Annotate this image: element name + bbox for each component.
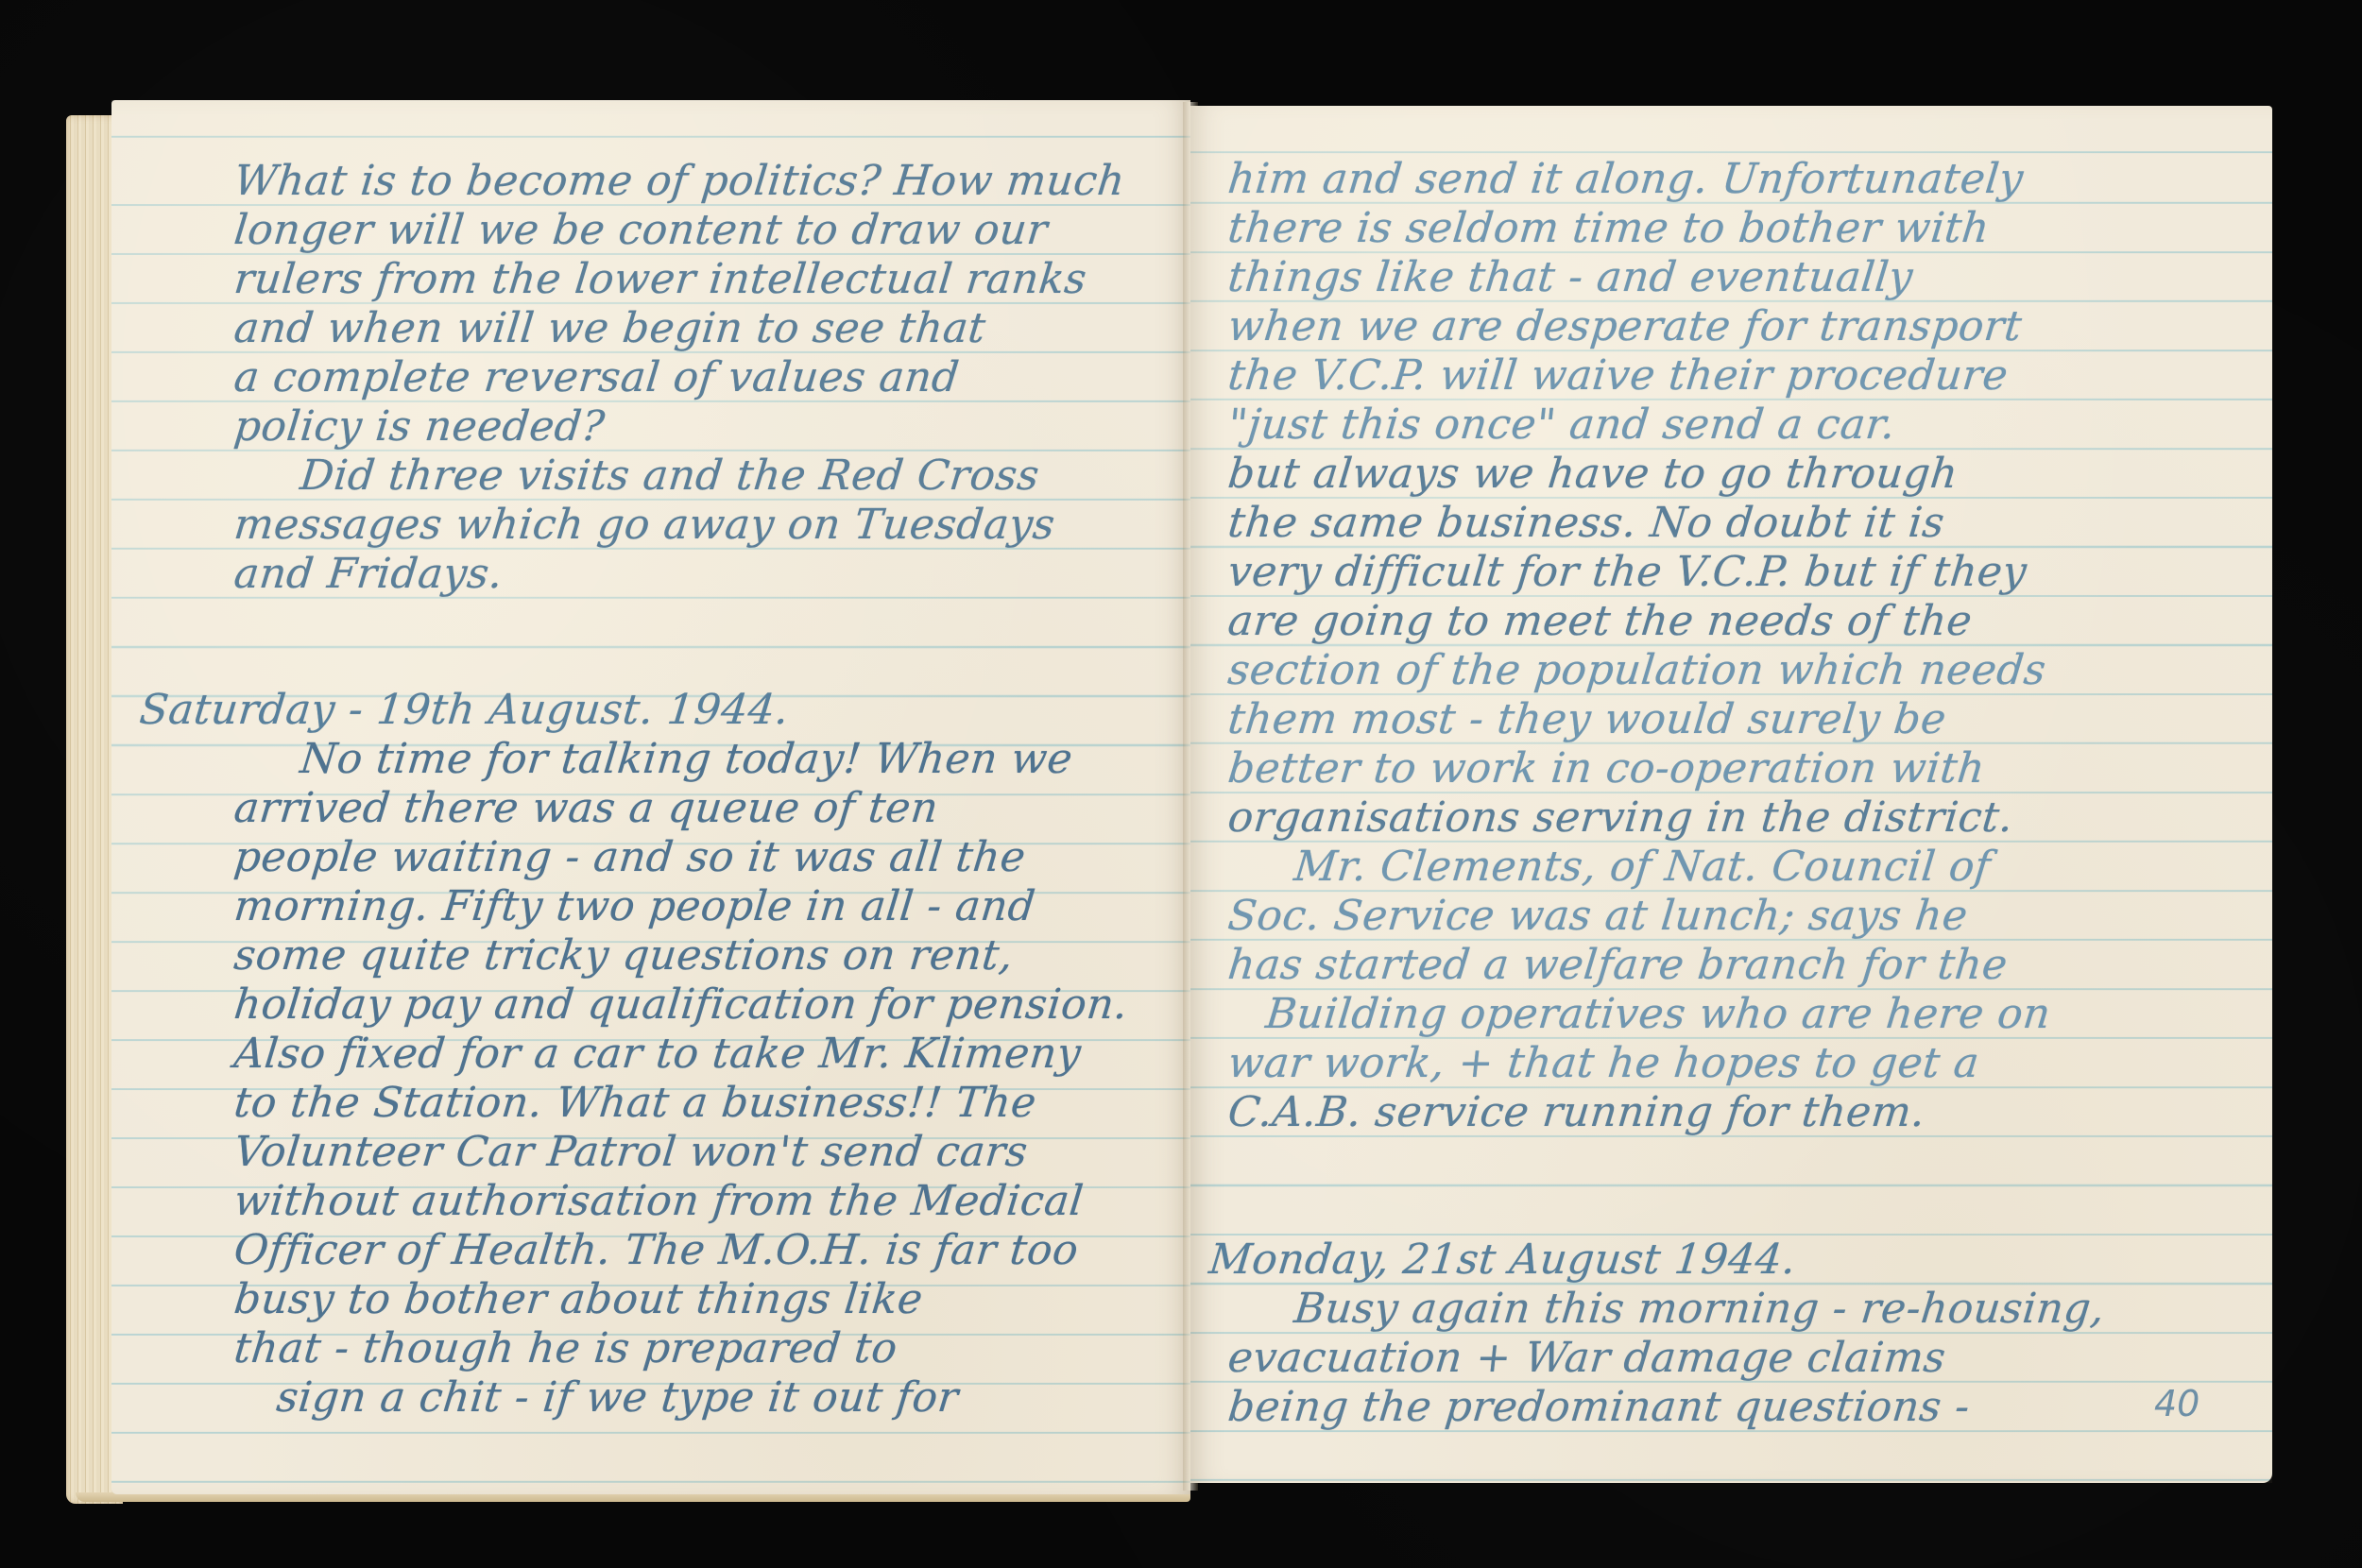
text-line: them most - they would surely be bbox=[1225, 695, 1948, 743]
text-line: C.A.B. service running for them. bbox=[1225, 1088, 1927, 1136]
open-notebook: What is to become of politics? How much … bbox=[0, 0, 2362, 1568]
text-line: Also fixed for a car to take Mr. Klimeny bbox=[231, 1030, 1084, 1078]
text-line: "just this once" and send a car. bbox=[1225, 401, 1897, 449]
text-line: rulers from the lower intellectual ranks bbox=[231, 255, 1088, 303]
text-line: a complete reversal of values and bbox=[231, 353, 961, 401]
text-line: Busy again this morning - re-housing, bbox=[1225, 1285, 2107, 1333]
text-line: Mr. Clements, of Nat. Council of bbox=[1225, 843, 1993, 891]
text-line: section of the population which needs bbox=[1225, 646, 2048, 694]
text-line: Did three visits and the Red Cross bbox=[231, 452, 1041, 500]
left-page: What is to become of politics? How much … bbox=[111, 100, 1190, 1494]
text-line: but always we have to go through bbox=[1225, 450, 1960, 498]
text-line: holiday pay and qualification for pensio… bbox=[231, 980, 1130, 1029]
text-line: morning. Fifty two people in all - and bbox=[231, 882, 1037, 930]
text-line: to the Station. What a business!! The bbox=[231, 1079, 1038, 1127]
page-number: 40 bbox=[2154, 1383, 2199, 1424]
text-line: Officer of Health. The M.O.H. is far too bbox=[231, 1226, 1081, 1274]
text-line: and when will we begin to see that bbox=[231, 304, 988, 352]
text-line: messages which go away on Tuesdays bbox=[231, 501, 1057, 549]
text-line: Soc. Service was at lunch; says he bbox=[1225, 892, 1970, 940]
text-line: Building operatives who are here on bbox=[1263, 990, 2053, 1038]
text-line: him and send it along. Unfortunately bbox=[1225, 155, 2026, 203]
text-line: policy is needed? bbox=[231, 402, 607, 451]
text-line: when we are desperate for transport bbox=[1225, 302, 2024, 350]
text-line: longer will we be content to draw our bbox=[231, 206, 1050, 254]
text-line: the V.C.P. will waive their procedure bbox=[1225, 351, 2011, 400]
entry-date: Saturday - 19th August. 1944. bbox=[137, 686, 791, 734]
text-line: there is seldom time to bother with bbox=[1225, 204, 1992, 252]
text-line: arrived there was a queue of ten bbox=[231, 784, 940, 832]
text-line: people waiting - and so it was all the bbox=[231, 833, 1028, 881]
text-line: What is to become of politics? How much bbox=[231, 157, 1127, 205]
text-line: some quite tricky questions on rent, bbox=[231, 931, 1016, 980]
text-line: organisations serving in the district. bbox=[1225, 793, 2015, 842]
text-line: No time for talking today! When we bbox=[231, 735, 1075, 783]
text-line: busy to bother about things like bbox=[231, 1275, 925, 1323]
text-line: and Fridays. bbox=[231, 550, 505, 598]
text-line: very difficult for the V.C.P. but if the… bbox=[1225, 548, 2028, 596]
text-line: better to work in co-operation with bbox=[1225, 744, 1987, 793]
right-page: him and send it along. Unfortunately the… bbox=[1190, 106, 2272, 1483]
entry-date: Monday, 21st August 1944. bbox=[1207, 1236, 1798, 1284]
text-line: are going to meet the needs of the bbox=[1225, 597, 1975, 645]
text-line: the same business. No doubt it is bbox=[1225, 499, 1946, 547]
text-line: that - though he is prepared to bbox=[231, 1324, 899, 1372]
text-line: evacuation + War damage claims bbox=[1225, 1334, 1948, 1382]
text-line: things like that - and eventually bbox=[1225, 253, 1915, 301]
text-line: being the predominant questions - bbox=[1225, 1383, 1972, 1431]
text-line: Volunteer Car Patrol won't send cars bbox=[231, 1128, 1030, 1176]
text-line: sign a chit - if we type it out for bbox=[274, 1373, 961, 1422]
text-line: without authorisation from the Medical bbox=[231, 1177, 1086, 1225]
text-line: war work, + that he hopes to get a bbox=[1225, 1039, 1981, 1087]
text-line: has started a welfare branch for the bbox=[1225, 941, 2010, 989]
